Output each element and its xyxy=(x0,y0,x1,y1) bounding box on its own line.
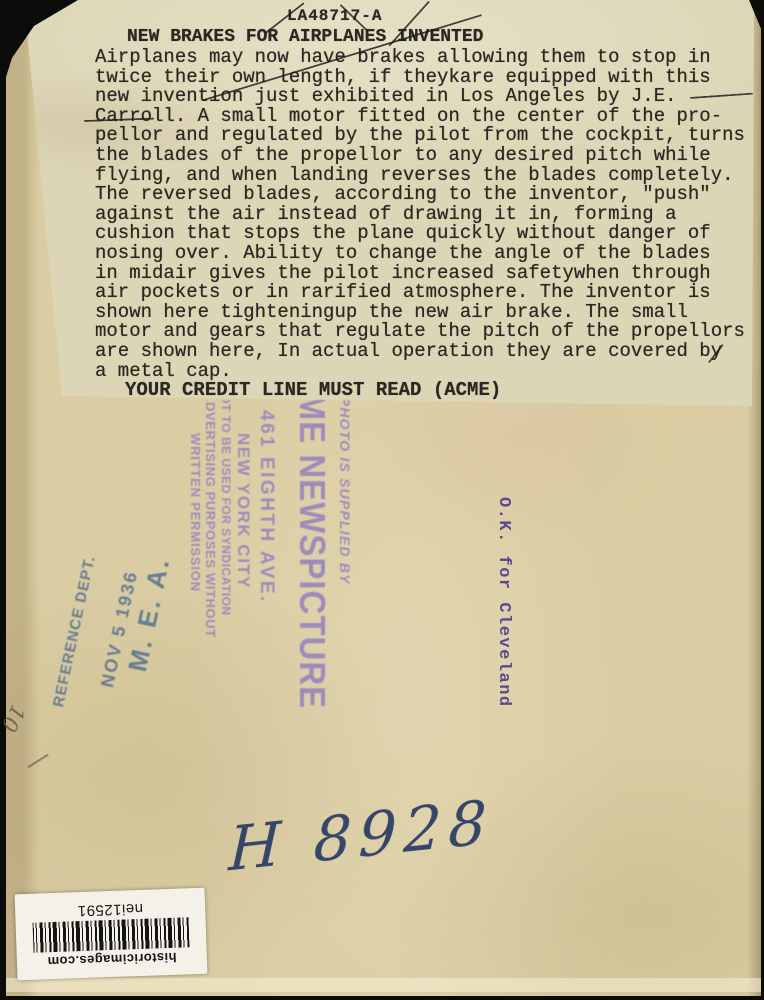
sticker-code: nei12591 xyxy=(77,900,143,919)
caption-line: cushion that stops the plane quickly wit… xyxy=(95,224,745,244)
sticker-website: historicimages.com xyxy=(47,950,177,970)
scanned-press-photo-back: { "photo_back": { "caption": { "photo_nu… xyxy=(0,0,764,1000)
caption-line: The reversed blades, according to the in… xyxy=(95,185,745,205)
stamp-restriction-line1: NOT TO BE USED FOR SYNDICATION xyxy=(218,400,233,710)
caption-line: new invention just exhibited in Los Ange… xyxy=(95,87,745,107)
stamp-address: 461 EIGHTH AVE. xyxy=(253,410,279,710)
routing-note: O.K. for Cleveland xyxy=(487,497,513,719)
caption-line: Airplanes may now have brakes allowing t… xyxy=(95,48,745,68)
barcode xyxy=(33,917,190,952)
caption-line: are shown here, In actual operation they… xyxy=(95,342,745,362)
acme-agency-stamp: THIS PHOTO IS SUPPLIED BY ACME NEWSPICTU… xyxy=(170,400,365,710)
caption-body-text: Airplanes may now have brakes allowing t… xyxy=(95,48,745,381)
caption-line: air pockets or in rarified atmosphere. T… xyxy=(95,283,745,303)
typed-caption-sheet: LA48717-A NEW BRAKES FOR AIRPLANES INVEN… xyxy=(0,0,764,412)
stamp-city: NEW YORK CITY xyxy=(233,433,253,710)
photo-number: LA48717-A xyxy=(287,7,382,25)
stamp-restriction-line3: WRITTEN PERMISSION xyxy=(187,433,203,710)
barcode-sticker: historicimages.com nei12591 xyxy=(15,888,208,981)
caption-line: nosing over. Ability to change the angle… xyxy=(95,244,745,264)
credit-line: YOUR CREDIT LINE MUST READ (ACME) xyxy=(125,379,501,401)
caption-line: the blades of the propellor to any desir… xyxy=(95,146,745,166)
stamp-agency-name: ACME NEWSPICTURES xyxy=(285,400,340,710)
caption-line: motor and gears that regulate the pitch … xyxy=(95,322,745,342)
photo-bottom-edge xyxy=(6,978,761,992)
stamp-restriction-line2: ADVERTISING PURPOSES WITHOUT xyxy=(203,400,218,710)
